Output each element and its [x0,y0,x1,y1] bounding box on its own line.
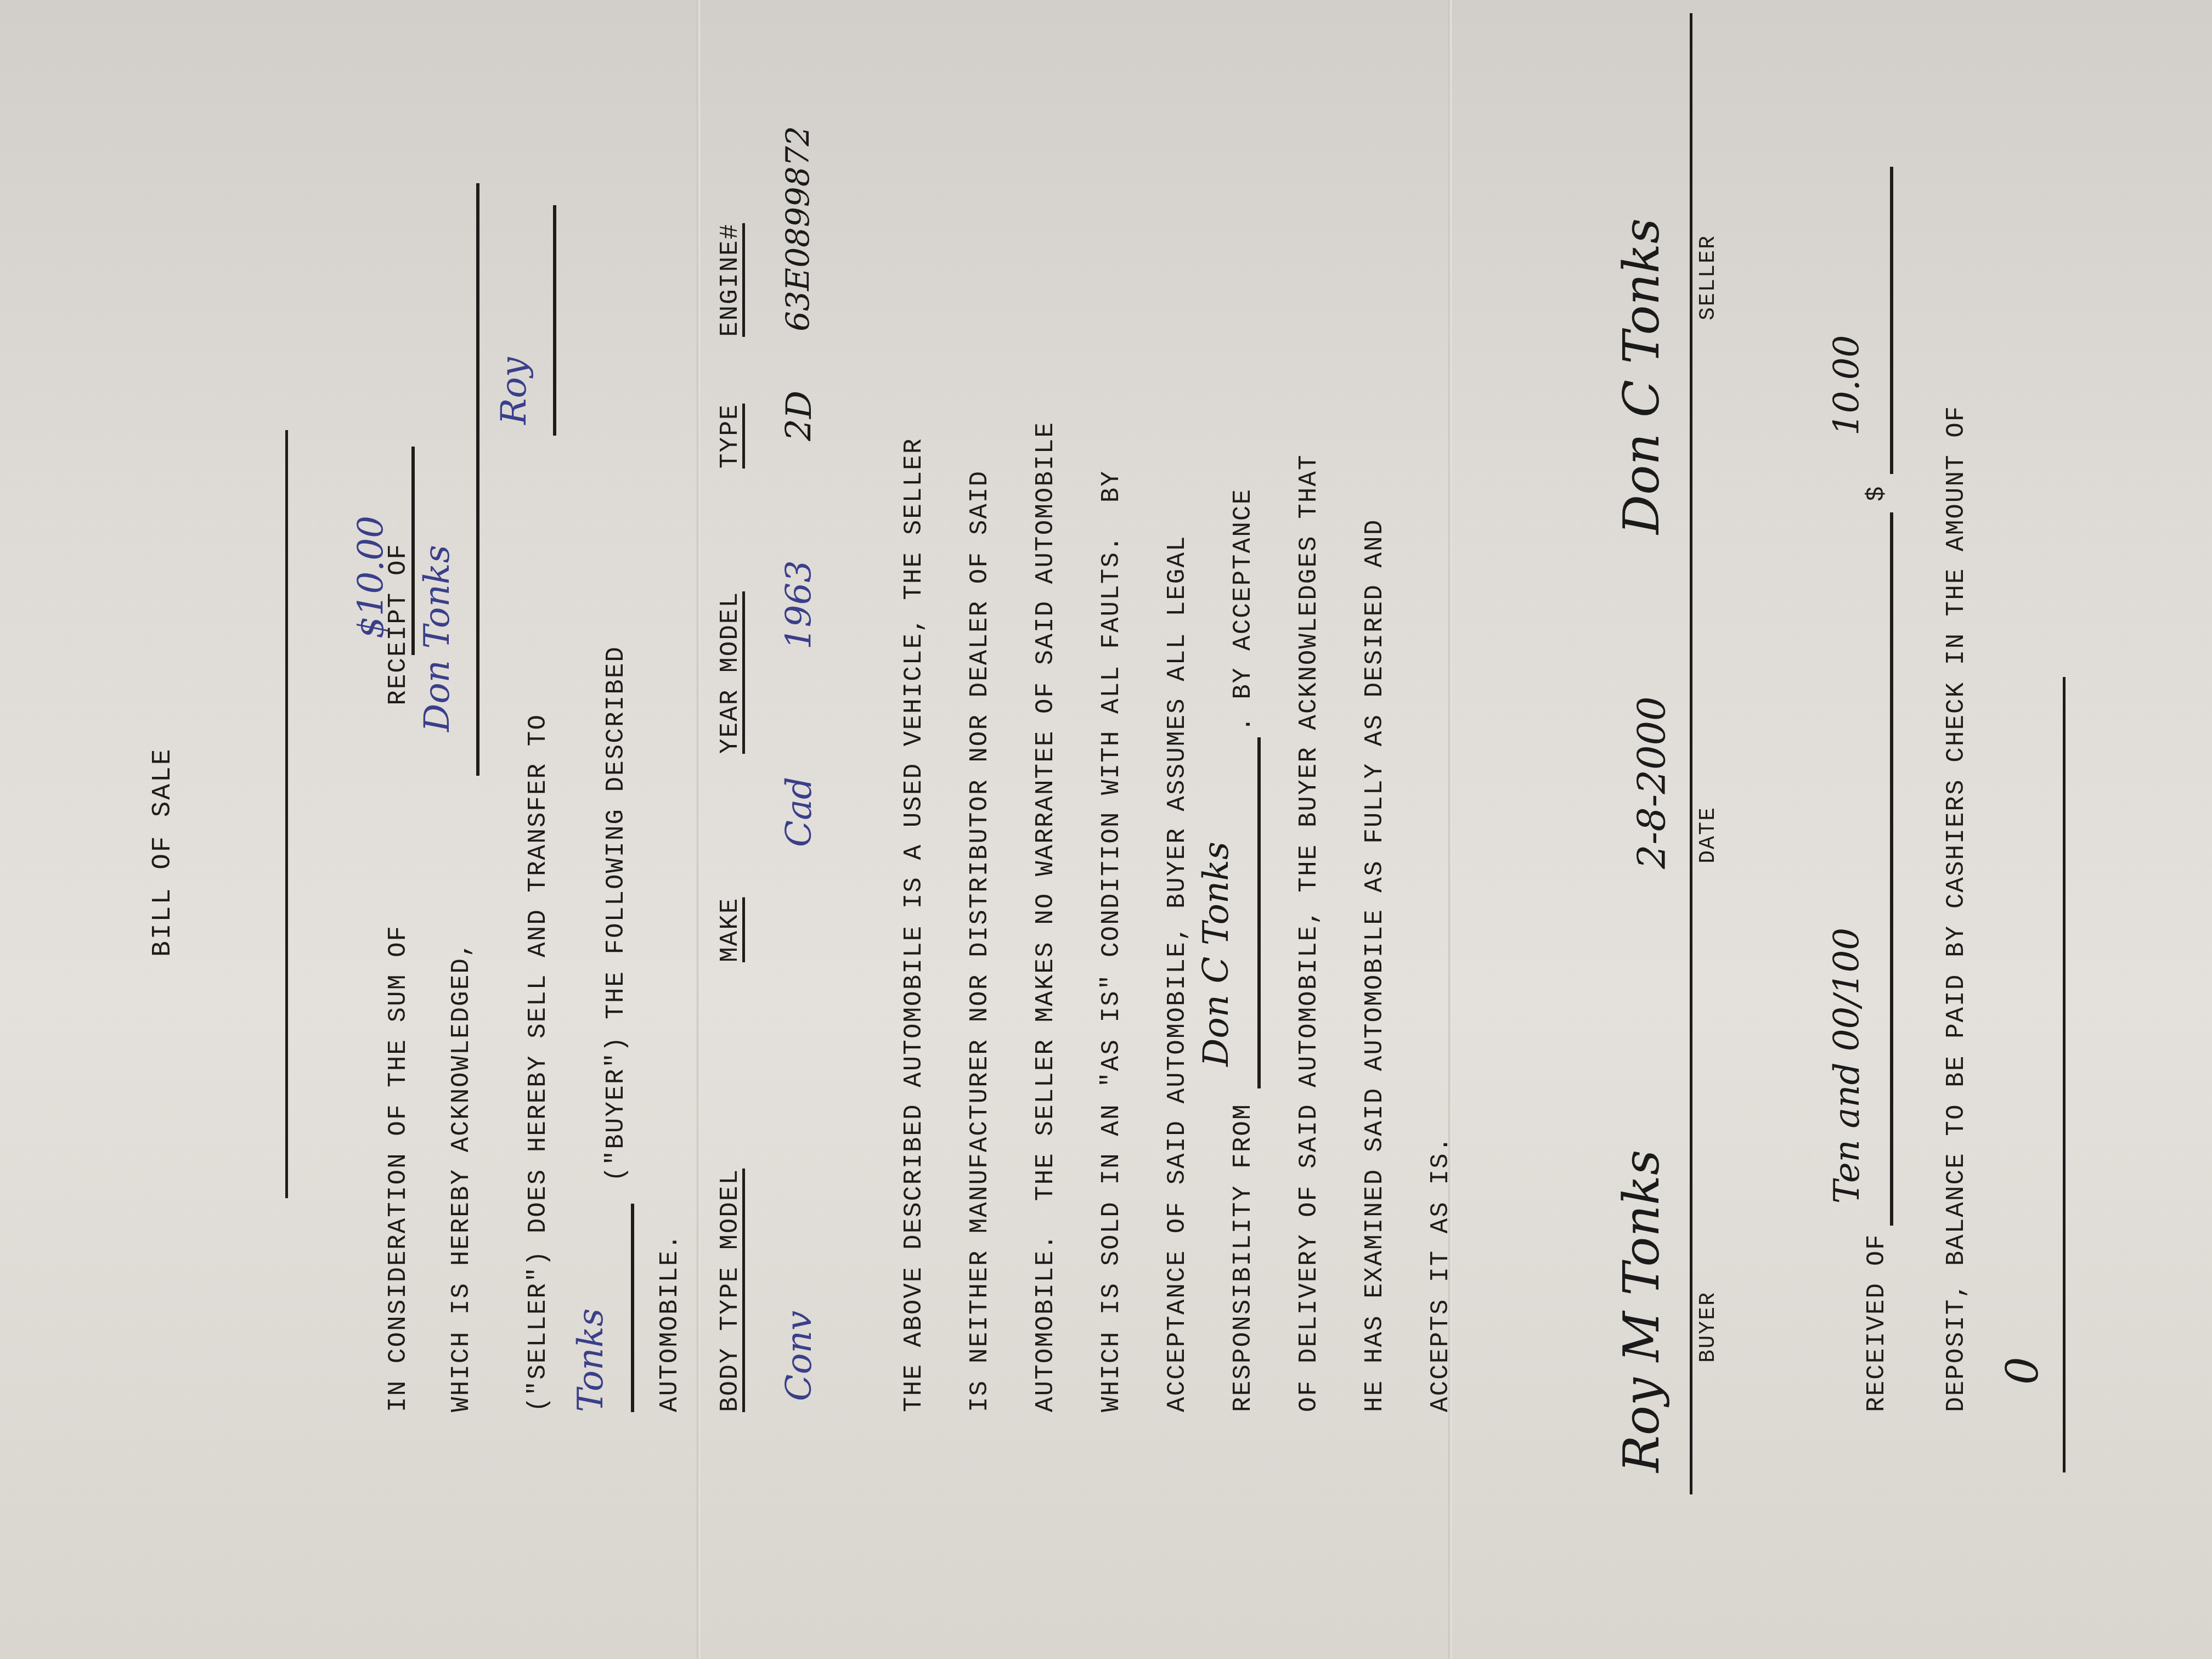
vehicle-body-type-value: Conv [779,1311,820,1401]
seller-signature: Don C Tonks [1613,218,1671,534]
consideration-line-3: ("SELLER") DOES HEREBY SELL AND TRANSFER… [524,714,552,1412]
consideration-line-5: AUTOMOBILE. [656,1233,684,1412]
sum-field-value: $10.00 [351,516,392,639]
paragraph-line: IS NEITHER MANUFACTURER NOR DISTRIBUTOR … [966,470,994,1412]
dollar-sign: $ [1863,485,1891,501]
consideration-line-4: ("BUYER") THE FOLLOWING DESCRIBED [602,646,630,1182]
vehicle-header-year-model: YEAR MODEL [716,591,744,754]
received-of-line [1890,512,1893,1226]
buyer-signature: Roy M Tonks [1613,1150,1671,1472]
received-of-value: Ten and 00/100 [1827,928,1867,1204]
paragraph-line: ACCEPTANCE OF SAID AUTOMOBILE, BUYER ASS… [1163,535,1192,1412]
buyer-last-name-line [631,1204,634,1412]
balance-amount-value: 0 [1997,1357,2048,1385]
title-blank-line [285,430,288,1198]
responsibility-from-value: Don C Tonks [1196,842,1237,1066]
vehicle-header-make: MAKE [716,898,744,962]
paragraph-line: RESPONSIBILITY FROM [1229,1104,1257,1413]
responsibility-from-line [1257,737,1261,1088]
vehicle-make-value: Cad [779,777,820,847]
amount-line [1890,167,1893,474]
paragraph-line: HE HAS EXAMINED SAID AUTOMOBILE AS FULLY… [1361,519,1389,1412]
seller-label: SELLER [1696,235,1721,320]
buyer-last-name-value: Tonks [571,1308,611,1412]
paragraph-line: THE ABOVE DESCRIBED AUTOMOBILE IS A USED… [900,438,928,1412]
balance-amount-line [2063,677,2066,1472]
bill-of-sale-document: BILL OF SALE IN CONSIDERATION OF THE SUM… [0,0,2212,1659]
vehicle-header-type: TYPE [716,404,744,469]
paragraph-line: AUTOMOBILE. THE SELLER MAKES NO WARRANTE… [1031,421,1060,1412]
document-title: BILL OF SALE [148,747,178,957]
signature-line [1690,13,1692,1494]
static-text: IN CONSIDERATION OF THE SUM OF [384,925,413,1412]
amount-value: 10.00 [1827,335,1867,436]
vehicle-year-value: 1963 [779,560,820,650]
paragraph-line: . BY ACCEPTANCE [1229,488,1257,732]
receipt-line-2: DEPOSIT, BALANCE TO BE PAID BY CASHIERS … [1942,405,1971,1412]
paragraph-line: ACCEPTS IT AS IS. [1426,1136,1455,1412]
buyer-name-line [553,205,556,436]
vehicle-engine-value: 63E0899872 [779,126,816,331]
paragraph-line: OF DELIVERY OF SAID AUTOMOBILE, THE BUYE… [1295,454,1323,1412]
date-value: 2-8-2000 [1629,696,1674,869]
consideration-line-2: WHICH IS HEREBY ACKNOWLEDGED, [447,941,476,1412]
received-of-label: RECEIVED OF [1863,1233,1891,1412]
sum-field-line [411,447,415,655]
vehicle-type-value: 2D [779,391,820,441]
buyer-label: BUYER [1696,1291,1721,1363]
paper-fold [697,0,700,1659]
seller-name-line [476,183,479,776]
buyer-first-name-value: Roy [494,357,534,425]
paragraph-line: WHICH IS SOLD IN AN "AS IS" CONDITION WI… [1097,470,1126,1412]
consideration-line-1: IN CONSIDERATION OF THE SUM OFRECEIPT OF [384,543,413,1412]
vehicle-header-body-type: BODY TYPE MODEL [716,1169,744,1412]
vehicle-header-engine: ENGINE# [716,223,744,337]
seller-name-value: Don Tonks [417,545,458,732]
date-label: DATE [1696,806,1721,864]
